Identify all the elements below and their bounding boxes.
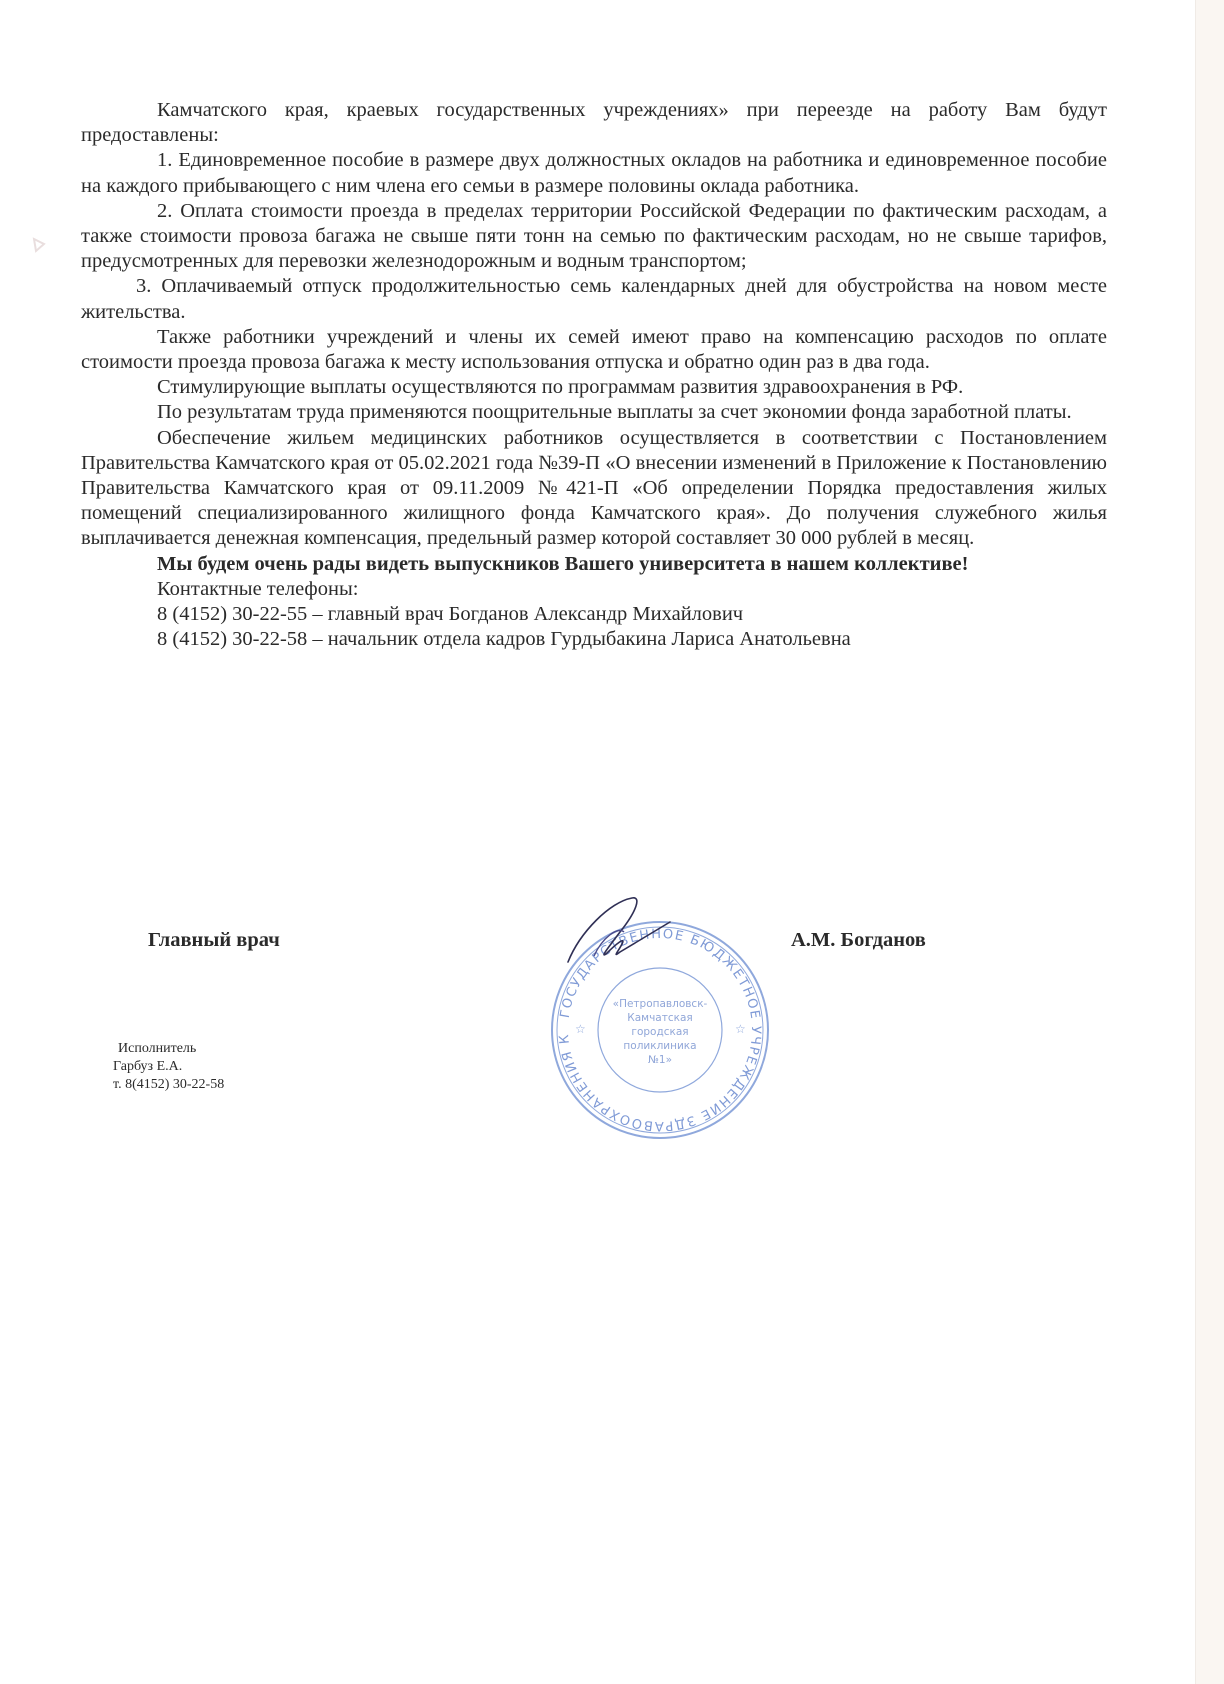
stamp-inner-line: Камчатская	[627, 1012, 692, 1024]
stamp-star-icon: ☆	[735, 1022, 746, 1036]
executor-block: Исполнитель Гарбуз Е.А. т. 8(4152) 30-22…	[113, 1040, 224, 1094]
executor-label: Исполнитель	[113, 1040, 224, 1058]
stamp-inner-line: №1»	[648, 1054, 672, 1066]
signatory-name: А.М. Богданов	[791, 929, 926, 952]
scan-artifact-mark	[30, 235, 54, 255]
paragraph-incentives: По результатам труда применяются поощрит…	[81, 400, 1107, 425]
paragraph-stimulating: Стимулирующие выплаты осуществляются по …	[81, 375, 1107, 400]
list-item-3: 3. Оплачиваемый отпуск продолжительность…	[81, 274, 1107, 324]
executor-phone: т. 8(4152) 30-22-58	[113, 1076, 224, 1094]
paragraph-compensation: Также работники учреждений и члены их се…	[81, 325, 1107, 375]
signatory-position: Главный врач	[148, 929, 280, 952]
stamp-inner-line: «Петропавловск-	[613, 998, 708, 1010]
contacts-label: Контактные телефоны:	[81, 577, 1107, 602]
paragraph-intro: Камчатского края, краевых государственны…	[81, 98, 1107, 148]
contact-line: 8 (4152) 30-22-55 – главный врач Богдано…	[81, 602, 1107, 627]
executor-name: Гарбуз Е.А.	[113, 1058, 224, 1076]
scan-edge-strip	[1195, 0, 1224, 1684]
stamp-inner-line: поликлиника	[623, 1040, 696, 1052]
letter-body: Камчатского края, краевых государственны…	[81, 98, 1107, 652]
contact-line: 8 (4152) 30-22-58 – начальник отдела кад…	[81, 627, 1107, 652]
list-item-1: 1. Единовременное пособие в размере двух…	[81, 148, 1107, 198]
handwritten-signature	[560, 892, 680, 992]
paragraph-housing: Обеспечение жильем медицинских работнико…	[81, 426, 1107, 552]
stamp-star-icon: ☆	[575, 1022, 586, 1036]
list-item-2: 2. Оплата стоимости проезда в пределах т…	[81, 199, 1107, 275]
stamp-inner-line: городская	[631, 1026, 688, 1038]
closing-line: Мы будем очень рады видеть выпускников В…	[81, 552, 1107, 577]
